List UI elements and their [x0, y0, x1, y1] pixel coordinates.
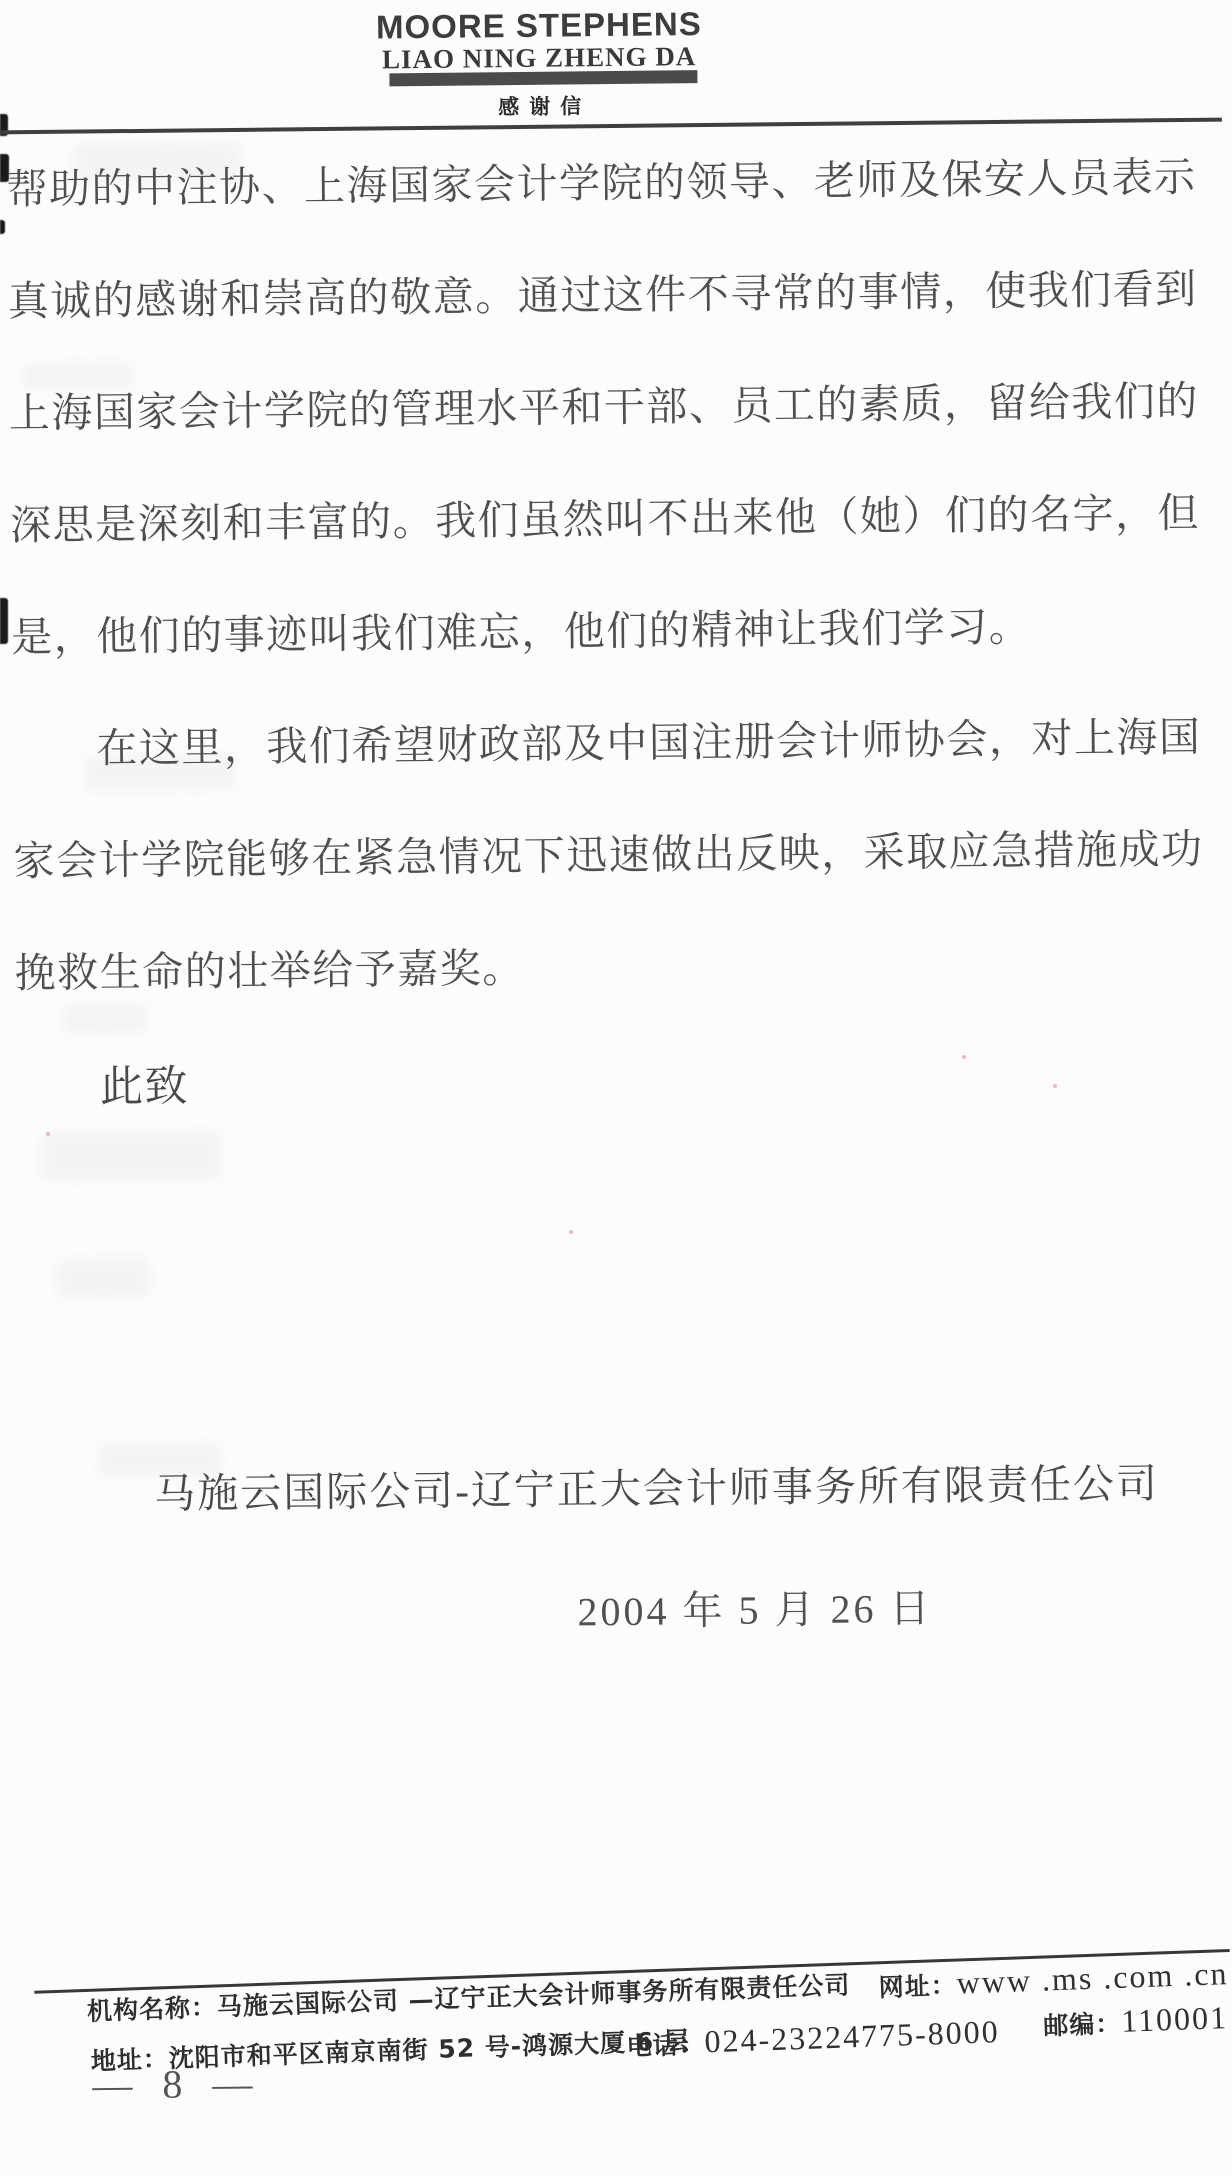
postal-label: 邮编：: [1043, 2009, 1122, 2041]
body-line: 上海国家会计学院的管理水平和干部、员工的素质，留给我们的: [9, 368, 1216, 440]
body-line: 真诚的感谢和崇高的敬意。通过这件不寻常的事情，使我们看到: [7, 256, 1214, 328]
body-line: 家会计学院能够在紧急情况下迅速做出反映，采取应急措施成功: [13, 816, 1220, 888]
organization-value: 马施云国际公司 —辽宁正大会计师事务所有限责任公司: [216, 1970, 850, 2021]
website-label: 网址：: [878, 1971, 957, 2003]
body-line: 是，他们的事迹叫我们难忘，他们的精神让我们学习。: [11, 592, 1218, 664]
body-line: 在这里，我们希望财政部及中国注册会计师协会，对上海国: [12, 703, 1232, 776]
body-line: 挽救生命的壮举给予嘉奖。: [14, 928, 1221, 1000]
phone-label: 电话：: [626, 2029, 705, 2061]
scanned-letter-page: MOORE STEPHENS LIAO NING ZHENG DA 感谢信 帮助…: [0, 0, 1232, 2176]
letterhead-divider-bar: [389, 70, 697, 86]
body-line: 深思是深刻和丰富的。我们虽然叫不出来他（她）们的名字，但: [10, 480, 1217, 552]
footer-address: 地址：沈阳市和平区南京南街 52 号-鸿源大厦 6 层: [90, 2021, 690, 2078]
website-value: www .ms .com .cn: [956, 1955, 1229, 2000]
bleed-through-artifact: [56, 1257, 151, 1298]
postal-value: 110001: [1121, 1999, 1229, 2039]
organization-label: 机构名称：: [87, 1992, 218, 2026]
phone-value: 024-23224775-8000: [704, 2013, 1000, 2059]
bleed-through-artifact: [63, 1003, 147, 1034]
footer-postal-code: 邮编：110001: [1043, 1999, 1229, 2042]
body-line: 帮助的中注协、上海国家会计学院的领导、老师及保安人员表示: [6, 144, 1213, 216]
address-label: 地址：: [90, 2044, 169, 2076]
signature-company: 马施云国际公司-辽宁正大会计师事务所有限责任公司: [154, 1450, 1159, 1520]
letter-sheet: MOORE STEPHENS LIAO NING ZHENG DA 感谢信 帮助…: [0, 0, 1232, 2176]
signature-date: 2004 年 5 月 26 日: [577, 1577, 933, 1638]
closing-salutation: 此致: [16, 1041, 1232, 1116]
address-value: 沈阳市和平区南京南街 52 号-鸿源大厦 6 层: [168, 2026, 690, 2073]
bleed-through-artifact: [40, 1130, 221, 1182]
